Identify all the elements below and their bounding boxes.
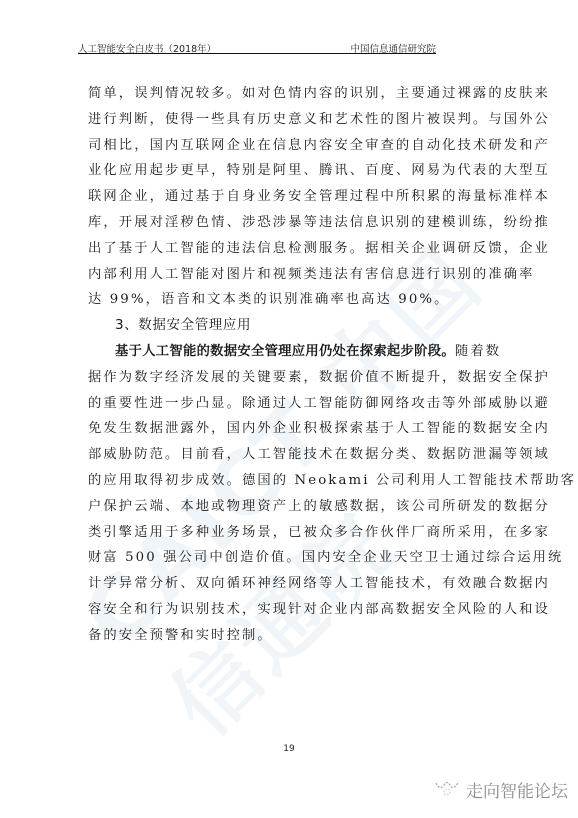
page-number: 19 xyxy=(0,744,578,754)
paragraph-line: 联网企业，通过基于自身业务安全管理过程中所积累的海量标准样本 xyxy=(88,184,430,210)
section-lead-rest: 随着数 xyxy=(455,344,501,359)
paragraph-line: 备的安全预警和实时控制。 xyxy=(88,623,430,649)
paragraph-line: 财富 500 强公司中创造价值。国内安全企业天空卫士通过综合运用统 xyxy=(88,545,430,571)
header-divider xyxy=(78,53,436,54)
brand-watermark: 走向智能论坛 xyxy=(434,777,568,802)
paragraph-line: 简单，误判情况较多。如对色情内容的识别，主要通过裸露的皮肤来 xyxy=(88,81,430,107)
paragraph-line: 户保护云端、本地或物理资产上的敏感数据，该公司所研发的数据分 xyxy=(88,494,430,520)
paragraph-line: 计学异常分析、双向循环神经网络等人工智能技术，有效融合数据内 xyxy=(88,571,430,597)
paragraph-line: 内部利用人工智能对图片和视频类违法有害信息进行识别的准确率 xyxy=(88,262,430,288)
brand-label: 走向智能论坛 xyxy=(466,777,568,802)
wechat-channel-icon xyxy=(434,777,460,802)
paragraph-line: 出了基于人工智能的违法信息检测服务。据相关企业调研反馈，企业 xyxy=(88,236,430,262)
paragraph-line: 类引擎适用于多种业务场景，已被众多合作伙伴厂商所采用，在多家 xyxy=(88,520,430,546)
section-lead-line: 基于人工智能的数据安全管理应用仍处在探索起步阶段。随着数 xyxy=(88,339,430,365)
paragraph-line: 库，开展对淫秽色情、涉恐涉暴等违法信息识别的建模训练，纷纷推 xyxy=(88,210,430,236)
paragraph-line: 的重要性进一步凸显。除通过人工智能防御网络攻击等外部威胁以避 xyxy=(88,391,430,417)
paragraph-line: 进行判断，使得一些具有历史意义和艺术性的图片被误判。与国外公 xyxy=(88,107,430,133)
paragraph-line: 免发生数据泄露外，国内外企业积极探索基于人工智能的数据安全内 xyxy=(88,416,430,442)
document-body: 简单，误判情况较多。如对色情内容的识别，主要通过裸露的皮肤来 进行判断，使得一些… xyxy=(88,81,430,649)
paragraph-line: 的应用取得初步成效。德国的 Neokami 公司利用人工智能技术帮助客 xyxy=(88,468,430,494)
paragraph-line: 部威胁防范。目前看，人工智能技术在数据分类、数据防泄漏等领域 xyxy=(88,442,430,468)
paragraph-line: 容安全和行为识别技术，实现针对企业内部高数据安全风险的人和设 xyxy=(88,597,430,623)
section-lead-bold: 基于人工智能的数据安全管理应用仍处在探索起步阶段。 xyxy=(115,344,455,359)
paragraph-line: 据作为数字经济发展的关键要素，数据价值不断提升，数据安全保护 xyxy=(88,365,430,391)
paragraph-line: 业化应用起步更早，特别是阿里、腾讯、百度、网易为代表的大型互 xyxy=(88,158,430,184)
paragraph-line: 司相比，国内互联网企业在信息内容安全审查的自动化技术研发和产 xyxy=(88,133,430,159)
section-heading: 3、数据安全管理应用 xyxy=(88,313,430,339)
paragraph-line: 达 99%，语音和文本类的识别准确率也高达 90%。 xyxy=(88,287,430,313)
